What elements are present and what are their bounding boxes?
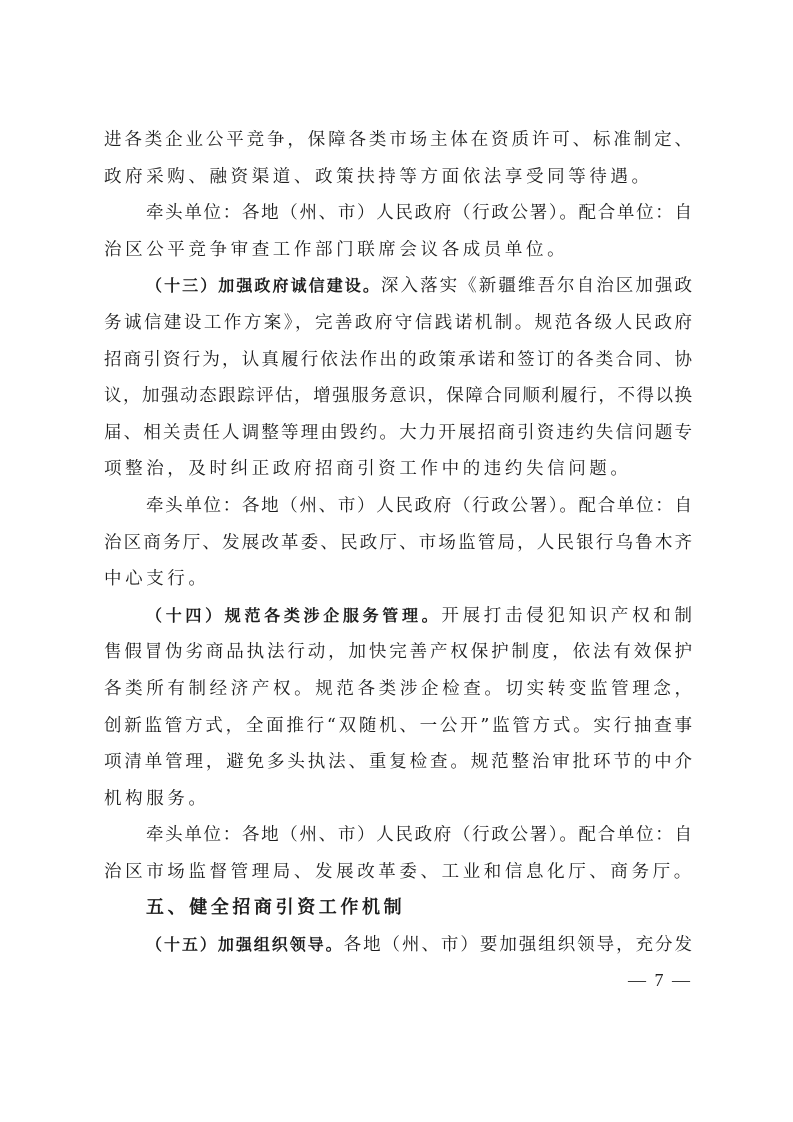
text-line: 届、相关责任人调整等理由毁约。大力开展招商引资违约失信问题专 <box>104 415 692 452</box>
document-body: 进各类企业公平竞争，保障各类市场主体在资质许可、标准制定、 政府采购、融资渠道、… <box>104 122 692 964</box>
item-14-title: （十四）规范各类涉企服务管理。 <box>146 606 441 625</box>
text-line: 招商引资行为，认真履行依法作出的政策承诺和签订的各类合同、协 <box>104 342 692 379</box>
text-line: 项整治，及时纠正政府招商引资工作中的违约失信问题。 <box>104 451 692 488</box>
text-line: 牵头单位：各地（州、市）人民政府（行政公署）。配合单位：自 <box>104 817 692 854</box>
text-line: 项清单管理，避免多头执法、重复检查。规范整治审批环节的中介 <box>104 744 692 781</box>
text-span: 开展打击侵犯知识产权和制 <box>441 606 692 626</box>
text-line: 政府采购、融资渠道、政策扶持等方面依法享受同等待遇。 <box>104 159 692 196</box>
text-line: 机构服务。 <box>104 781 692 818</box>
text-line: 议，加强动态跟踪评估，增强服务意识，保障合同顺利履行，不得以换 <box>104 378 692 415</box>
text-line: 牵头单位：各地（州、市）人民政府（行政公署）。配合单位：自 <box>104 488 692 525</box>
item-14-first-line: （十四）规范各类涉企服务管理。开展打击侵犯知识产权和制 <box>104 598 692 635</box>
text-line: 治区市场监督管理局、发展改革委、工业和信息化厅、商务厅。 <box>104 854 692 891</box>
document-page: 进各类企业公平竞争，保障各类市场主体在资质许可、标准制定、 政府采购、融资渠道、… <box>0 0 793 1122</box>
text-line: 务诚信建设工作方案》，完善政府守信践诺机制。规范各级人民政府 <box>104 305 692 342</box>
text-line: 各类所有制经济产权。规范各类涉企检查。切实转变监管理念， <box>104 671 692 708</box>
item-13-first-line: （十三）加强政府诚信建设。深入落实《新疆维吾尔自治区加强政 <box>104 268 692 305</box>
text-line: 中心支行。 <box>104 561 692 598</box>
text-line: 牵头单位：各地（州、市）人民政府（行政公署）。配合单位：自 <box>104 195 692 232</box>
section-heading: 五、健全招商引资工作机制 <box>104 890 692 927</box>
text-span: 各地（州、市）要加强组织领导，充分发 <box>344 935 692 955</box>
text-line: 治区商务厅、发展改革委、民政厅、市场监管局，人民银行乌鲁木齐 <box>104 525 692 562</box>
item-15-title: （十五）加强组织领导。 <box>146 935 344 954</box>
text-line: 治区公平竞争审查工作部门联席会议各成员单位。 <box>104 232 692 269</box>
page-number: — 7 — <box>600 970 692 991</box>
text-span: 深入落实《新疆维吾尔自治区加强政 <box>381 276 692 296</box>
item-15-first-line: （十五）加强组织领导。各地（州、市）要加强组织领导，充分发 <box>104 927 692 964</box>
text-line: 创新监管方式，全面推行“双随机、一公开”监管方式。实行抽查事 <box>104 708 692 745</box>
text-line: 进各类企业公平竞争，保障各类市场主体在资质许可、标准制定、 <box>104 122 692 159</box>
text-line: 售假冒伪劣商品执法行动，加快完善产权保护制度，依法有效保护 <box>104 634 692 671</box>
item-13-title: （十三）加强政府诚信建设。 <box>146 276 381 295</box>
